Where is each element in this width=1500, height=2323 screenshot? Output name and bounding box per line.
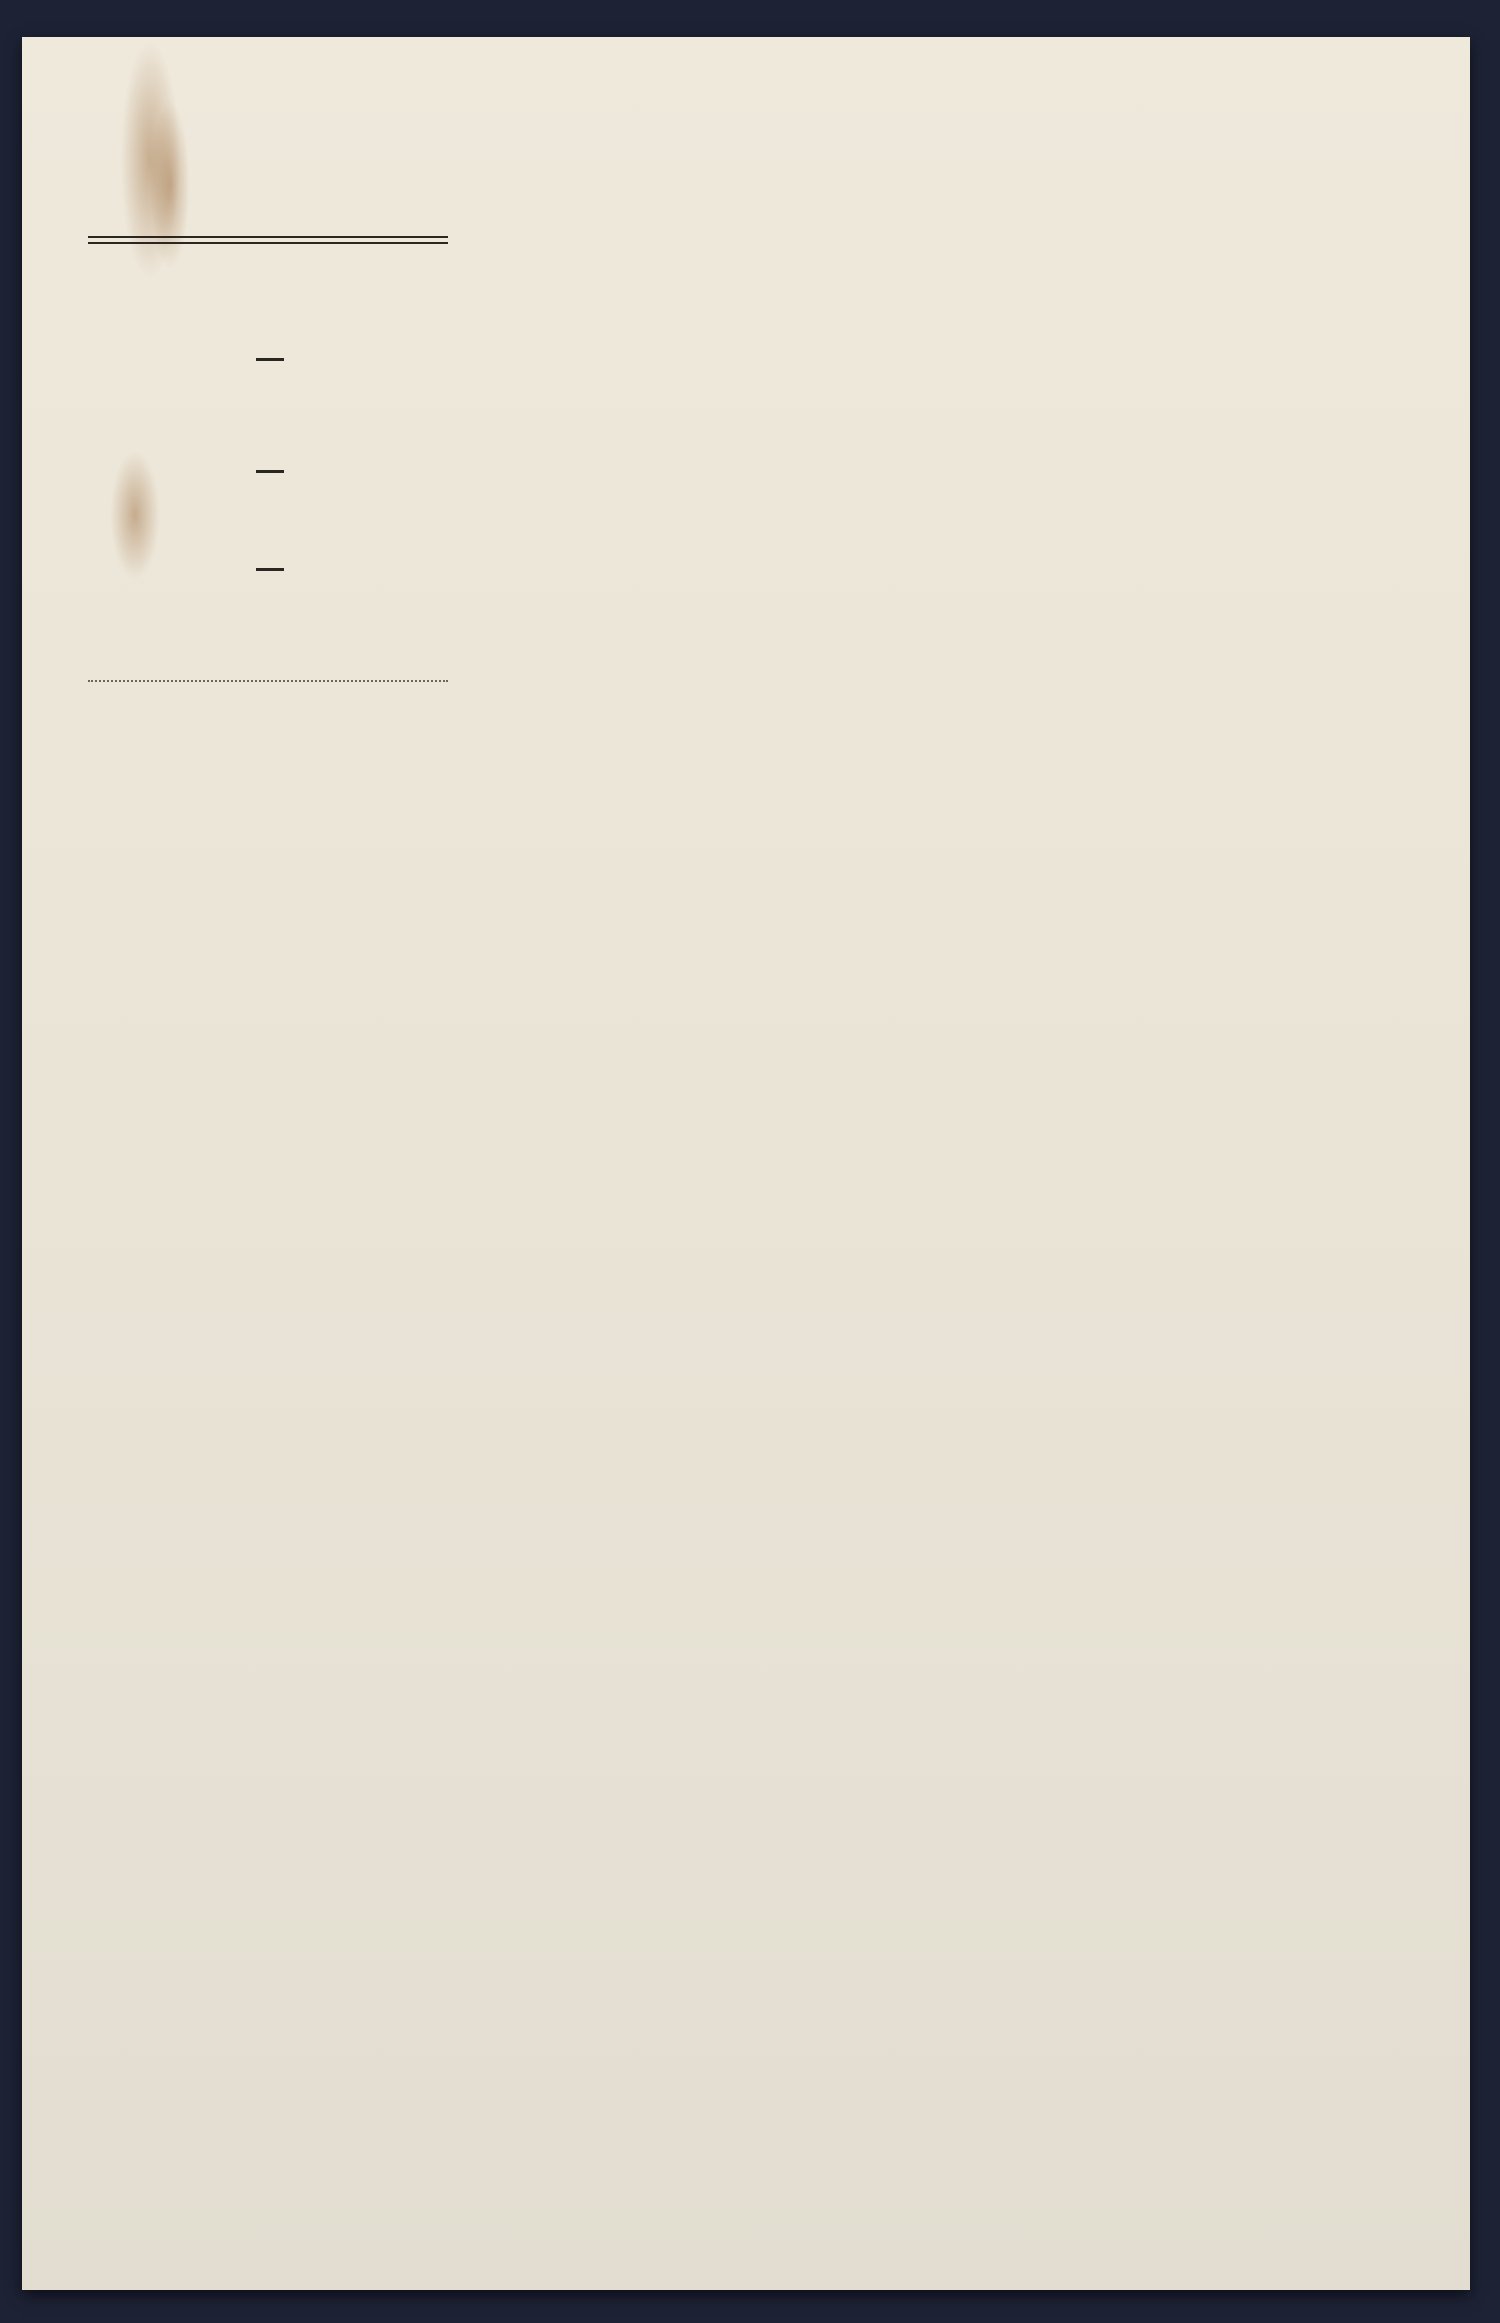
divider — [256, 470, 284, 473]
divider — [256, 568, 284, 571]
water-stain — [150, 100, 190, 270]
compagnie-line — [88, 680, 448, 682]
double-rule — [88, 236, 448, 244]
document-page — [22, 37, 1470, 2290]
water-stain — [110, 450, 160, 580]
divider — [256, 358, 284, 361]
